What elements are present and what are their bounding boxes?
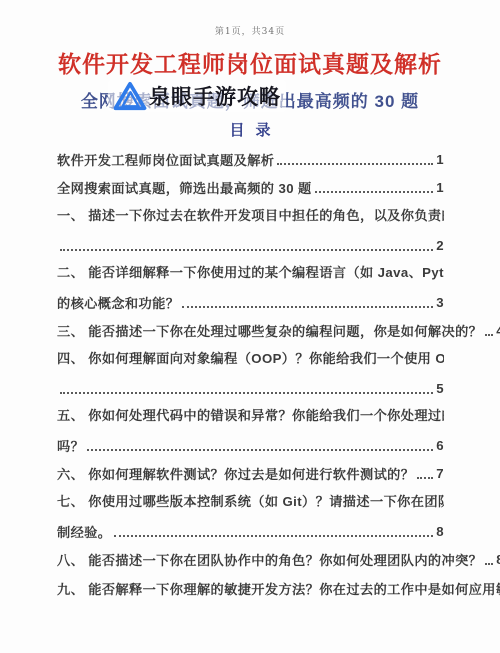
toc-entry-line1: 七、 你使用过哪些版本控制系统（如 Git）？请描述一下你在团队中的版本控 — [57, 488, 444, 517]
toc-dotted-leader — [485, 334, 493, 336]
toc-entry[interactable]: 七、 你使用过哪些版本控制系统（如 Git）？请描述一下你在团队中的版本控 制经… — [57, 488, 444, 545]
toc-entry-line2: 九、 能否解释一下你理解的敏捷开发方法？你在过去的工作中是如何应用敏捷 — [57, 574, 444, 603]
watermark: 泉眼手游攻略 — [108, 80, 286, 112]
watermark-text: 泉眼手游攻略 — [149, 81, 281, 111]
toc-entry-line1: 一、 描述一下你过去在软件开发项目中担任的角色，以及你负责的主要任务。 — [57, 202, 444, 231]
toc-dotted-leader — [277, 163, 433, 165]
toc-page-number: 1 — [436, 180, 444, 195]
toc-dotted-leader — [60, 249, 433, 251]
toc-dotted-leader — [485, 563, 493, 565]
toc-entry-line2: 制经验。 8 — [57, 517, 444, 546]
toc-entry-line2: 软件开发工程师岗位面试真题及解析 1 — [57, 145, 444, 174]
toc-entry-text: 三、 能否描述一下你在处理过哪些复杂的编程问题，你是如何解决的？ — [57, 321, 482, 340]
toc-entry-text: 九、 能否解释一下你理解的敏捷开发方法？你在过去的工作中是如何应用敏捷 — [57, 579, 500, 598]
page-number-header: 第1页，共34页 — [0, 24, 500, 37]
toc-entry-line2: 八、 能否描述一下你在团队协作中的角色？你如何处理团队内的冲突？ 8 — [57, 545, 444, 574]
toc-entry[interactable]: 五、 你如何处理代码中的错误和异常？你能给我们一个你处理过的具体案例 吗？ 6 — [57, 402, 444, 459]
toc-entry-text: 全网搜索面试真题，筛选出最高频的 30 题 — [57, 178, 312, 197]
toc-entry[interactable]: 六、 你如何理解软件测试？你过去是如何进行软件测试的？ 7 — [57, 460, 444, 489]
toc-page-number: 3 — [436, 295, 444, 310]
toc-page-number: 5 — [436, 381, 444, 396]
toc-entry-line1: 二、 能否详细解释一下你使用过的某个编程语言（如 Java、Python、C++… — [57, 259, 444, 288]
toc-page-number: 8 — [496, 552, 500, 567]
toc-page-number: 4 — [496, 323, 500, 338]
toc-entry-text: 八、 能否描述一下你在团队协作中的角色？你如何处理团队内的冲突？ — [57, 550, 482, 569]
toc-entry-text: 六、 你如何理解软件测试？你过去是如何进行软件测试的？ — [57, 464, 414, 483]
toc-dotted-leader — [87, 449, 433, 451]
toc-entry-text: 制经验。 — [57, 522, 111, 541]
toc-entry-line2: 全网搜索面试真题，筛选出最高频的 30 题 1 — [57, 174, 444, 203]
document-page: 第1页，共34页 软件开发工程师岗位面试真题及解析 全网搜索面试真题，筛选出最高… — [0, 0, 500, 653]
toc-page-number: 8 — [436, 524, 444, 539]
toc-entry-line2: 5 — [57, 374, 444, 403]
toc-dotted-leader — [60, 392, 433, 394]
toc-page-number: 2 — [436, 238, 444, 253]
toc-entry-text: 的核心概念和功能？ — [57, 293, 179, 312]
toc-entry[interactable]: 软件开发工程师岗位面试真题及解析 1 — [57, 145, 444, 174]
toc-entry-text: 软件开发工程师岗位面试真题及解析 — [57, 150, 274, 169]
toc-list: 软件开发工程师岗位面试真题及解析 1 全网搜索面试真题，筛选出最高频的 30 题… — [57, 145, 444, 603]
toc-entry-line2: 的核心概念和功能？ 3 — [57, 288, 444, 317]
toc-dotted-leader — [114, 535, 433, 537]
toc-entry[interactable]: 二、 能否详细解释一下你使用过的某个编程语言（如 Java、Python、C++… — [57, 259, 444, 316]
toc-dotted-leader — [417, 477, 433, 479]
toc-dotted-leader — [315, 191, 434, 193]
toc-entry-line2: 三、 能否描述一下你在处理过哪些复杂的编程问题，你是如何解决的？ 4 — [57, 317, 444, 346]
toc-entry[interactable]: 全网搜索面试真题，筛选出最高频的 30 题 1 — [57, 174, 444, 203]
toc-entry-line2: 六、 你如何理解软件测试？你过去是如何进行软件测试的？ 7 — [57, 460, 444, 489]
toc-page-number: 7 — [436, 466, 444, 481]
toc-entry[interactable]: 一、 描述一下你过去在软件开发项目中担任的角色，以及你负责的主要任务。 2 — [57, 202, 444, 259]
toc-heading: 目录 — [0, 119, 500, 140]
toc-page-number: 6 — [436, 438, 444, 453]
toc-entry-line2: 2 — [57, 231, 444, 260]
toc-dotted-leader — [182, 306, 433, 308]
toc-entry[interactable]: 三、 能否描述一下你在处理过哪些复杂的编程问题，你是如何解决的？ 4 — [57, 317, 444, 346]
toc-entry-line2: 吗？ 6 — [57, 431, 444, 460]
toc-page-number: 1 — [436, 152, 444, 167]
toc-entry-line1: 四、 你如何理解面向对象编程（OOP）？你能给我们一个使用 OOP 的实例吗？ — [57, 345, 444, 374]
toc-entry[interactable]: 四、 你如何理解面向对象编程（OOP）？你能给我们一个使用 OOP 的实例吗？ … — [57, 345, 444, 402]
document-title: 软件开发工程师岗位面试真题及解析 — [0, 46, 500, 79]
toc-entry[interactable]: 八、 能否描述一下你在团队协作中的角色？你如何处理团队内的冲突？ 8 — [57, 545, 444, 574]
toc-entry-text: 吗？ — [57, 436, 84, 455]
toc-entry[interactable]: 九、 能否解释一下你理解的敏捷开发方法？你在过去的工作中是如何应用敏捷 — [57, 574, 444, 603]
toc-entry-line1: 五、 你如何处理代码中的错误和异常？你能给我们一个你处理过的具体案例 — [57, 402, 444, 431]
watermark-triangle-logo-icon — [113, 81, 149, 111]
